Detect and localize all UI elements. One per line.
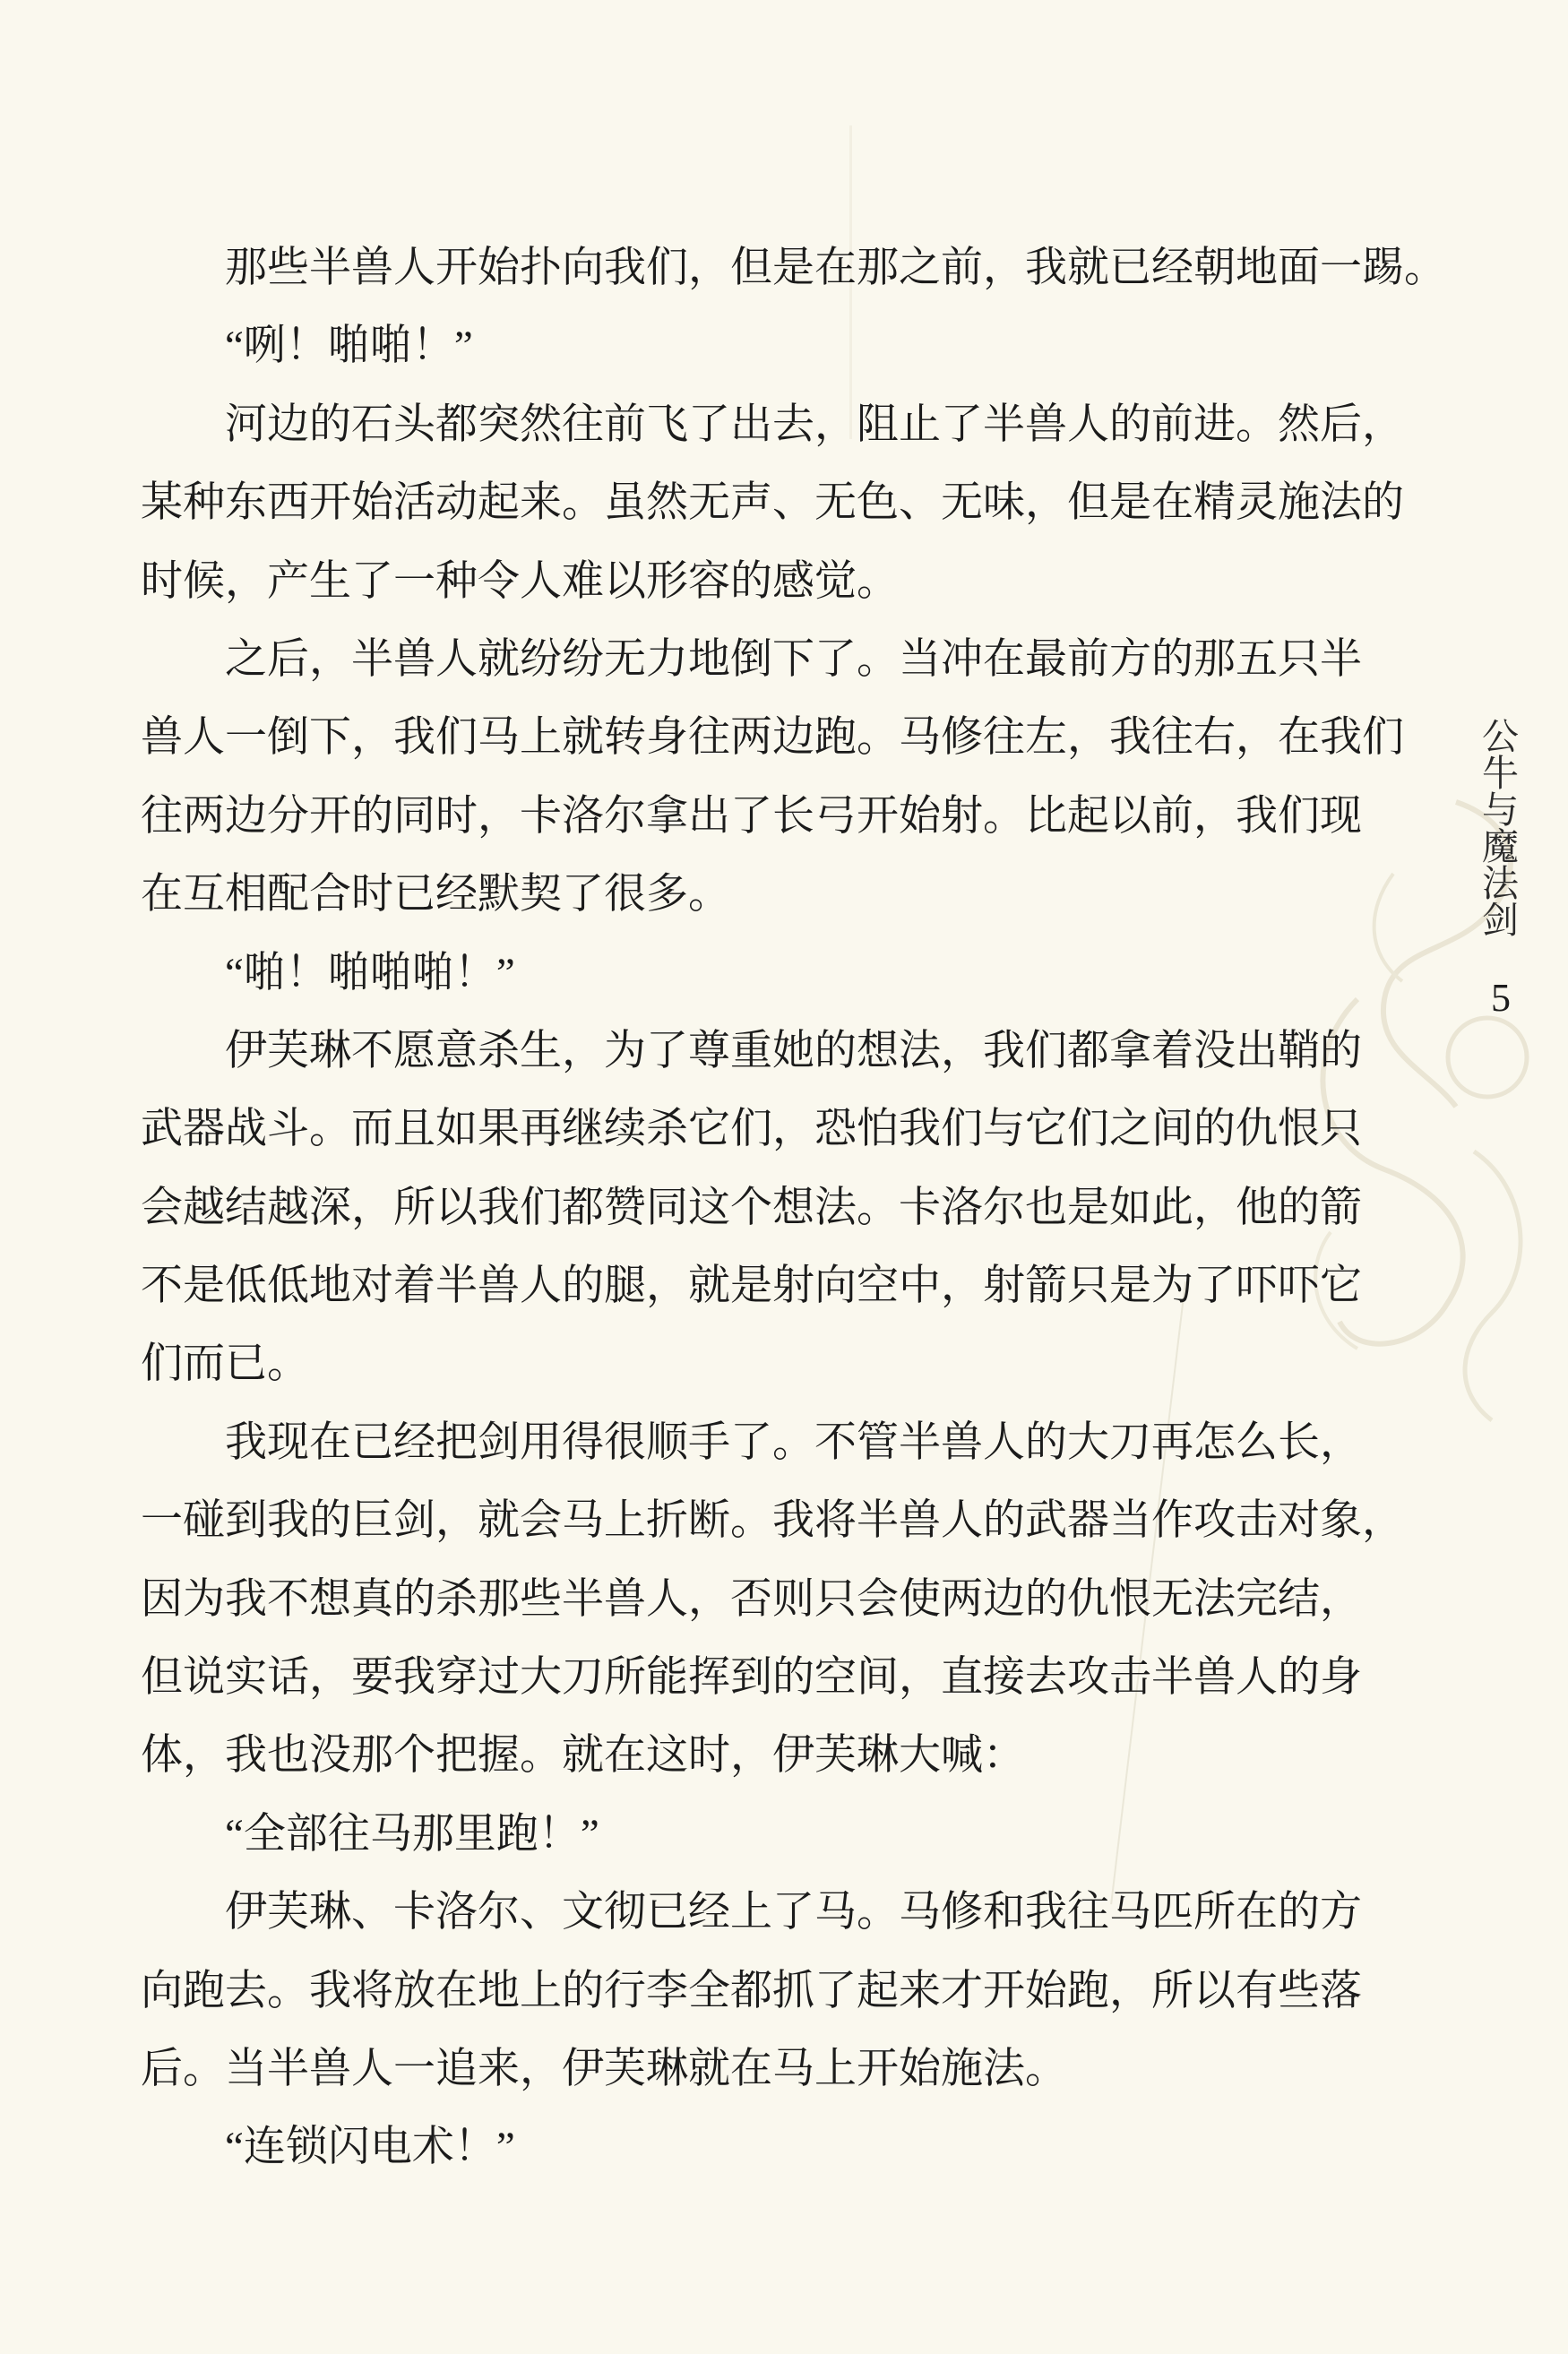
text-line: 在互相配合时已经默契了很多。 bbox=[141, 856, 1395, 934]
text-line: 伊芙琳不愿意杀生，为了尊重她的想法，我们都拿着没出鞘的 bbox=[141, 1013, 1395, 1091]
text-line: 但说实话，要我穿过大刀所能挥到的空间，直接去攻击半兽人的身 bbox=[141, 1639, 1395, 1717]
text-line: 之后，半兽人就纷纷无力地倒下了。当冲在最前方的那五只半 bbox=[141, 621, 1395, 699]
text-line: 们而已。 bbox=[141, 1325, 1395, 1403]
text-line: 向跑去。我将放在地上的行李全都抓了起来才开始跑，所以有些落 bbox=[141, 1953, 1395, 2031]
text-line: “连锁闪电术！” bbox=[141, 2108, 1395, 2186]
text-line: 某种东西开始活动起来。虽然无声、无色、无味，但是在精灵施法的 bbox=[141, 464, 1395, 542]
text-line: 我现在已经把剑用得很顺手了。不管半兽人的大刀再怎么长， bbox=[141, 1404, 1395, 1482]
text-line: 往两边分开的同时，卡洛尔拿出了长弓开始射。比起以前，我们现 bbox=[141, 778, 1395, 856]
text-line: “咧！啪啪！” bbox=[141, 307, 1395, 385]
text-line: 那些半兽人开始扑向我们，但是在那之前，我就已经朝地面一踢。 bbox=[141, 229, 1395, 307]
text-line: 河边的石头都突然往前飞了出去，阻止了半兽人的前进。然后， bbox=[141, 386, 1395, 464]
text-line: 伊芙琳、卡洛尔、文彻已经上了马。马修和我往马匹所在的方 bbox=[141, 1874, 1395, 1952]
text-block: 那些半兽人开始扑向我们，但是在那之前，我就已经朝地面一踢。 “咧！啪啪！” 河边… bbox=[141, 229, 1395, 2187]
text-line: 后。当半兽人一追来，伊芙琳就在马上开始施法。 bbox=[141, 2031, 1395, 2108]
text-line: 武器战斗。而且如果再继续杀它们，恐怕我们与它们之间的仇恨只 bbox=[141, 1091, 1395, 1168]
book-title-vertical: 公牛与魔法剑 bbox=[1478, 717, 1515, 937]
text-line: 时候，产生了一种令人难以形容的感觉。 bbox=[141, 543, 1395, 621]
text-line: 因为我不想真的杀那些半兽人，否则只会使两边的仇恨无法完结， bbox=[141, 1561, 1395, 1639]
text-line: 会越结越深，所以我们都赞同这个想法。卡洛尔也是如此，他的箭 bbox=[141, 1169, 1395, 1247]
book-page: 公牛与魔法剑 5 那些半兽人开始扑向我们，但是在那之前，我就已经朝地面一踢。 “… bbox=[0, 0, 1568, 2354]
text-line: 不是低低地对着半兽人的腿，就是射向空中，射箭只是为了吓吓它 bbox=[141, 1247, 1395, 1325]
text-line: “全部往马那里跑！” bbox=[141, 1796, 1395, 1874]
text-line: 一碰到我的巨剑，就会马上折断。我将半兽人的武器当作攻击对象， bbox=[141, 1482, 1395, 1560]
text-line: 兽人一倒下，我们马上就转身往两边跑。马修往左，我往右，在我们 bbox=[141, 699, 1395, 777]
text-line: “啪！啪啪啪！” bbox=[141, 935, 1395, 1013]
page-number: 5 bbox=[1491, 975, 1511, 1021]
text-line: 体，我也没那个把握。就在这时，伊芙琳大喊： bbox=[141, 1717, 1395, 1795]
